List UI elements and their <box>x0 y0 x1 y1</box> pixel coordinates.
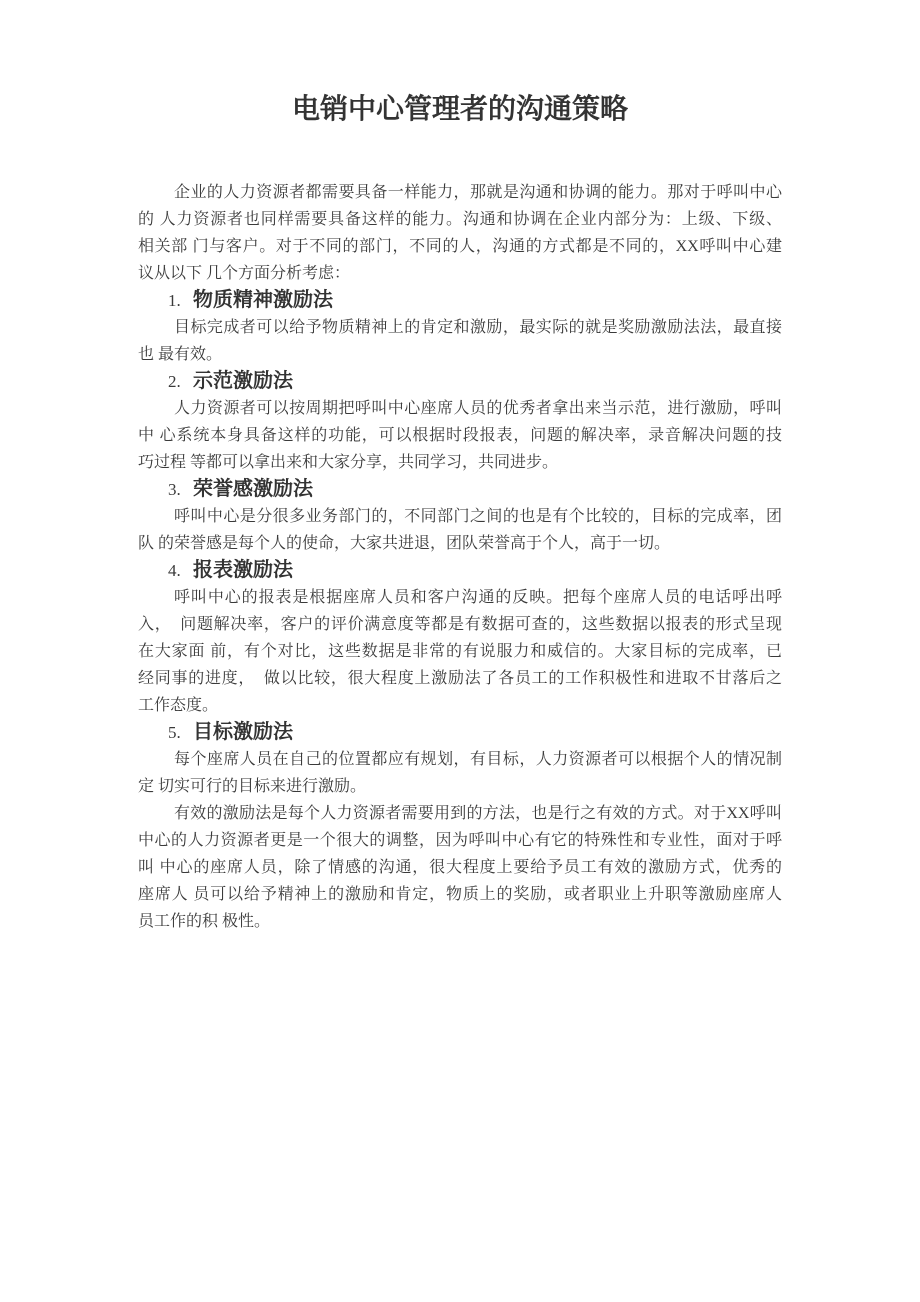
heading-text: 荣誉感激励法 <box>193 478 313 500</box>
paragraph-line: 在大家面 前，有个对比，这些数据是非常的有说服力和威信的。大家目标的完成率，已 <box>138 638 782 665</box>
heading-text: 报表激励法 <box>193 559 293 581</box>
paragraph-line: 的 人力资源者也同样需要具备这样的能力。沟通和协调在企业内部分为：上级、下级、 <box>138 206 782 233</box>
heading-number: 2. <box>168 368 193 395</box>
document-page: 电销中心管理者的沟通策略 企业的人力资源者都需要具备一样能力，那就是沟通和协调的… <box>0 0 920 1302</box>
paragraph-line: 中 心系统本身具备这样的功能，可以根据时段报表，问题的解决率，录音解决问题的技 <box>138 422 782 449</box>
paragraph-line: 巧过程 等都可以拿出来和大家分享，共同学习，共同进步。 <box>138 449 782 476</box>
paragraph-line: 呼叫中心是分很多业务部门的，不同部门之间的也是有个比较的，目标的完成率，团 <box>138 503 782 530</box>
paragraph-line: 呼叫中心的报表是根据座席人员和客户沟通的反映。把每个座席人员的电话呼出呼 <box>138 584 782 611</box>
paragraph-line: 相关部 门与客户。对于不同的部门，不同的人，沟通的方式都是不同的，XX呼叫中心建 <box>138 233 782 260</box>
section-heading: 1.物质精神激励法 <box>138 287 782 314</box>
section-heading: 3.荣誉感激励法 <box>138 476 782 503</box>
section-heading: 4.报表激励法 <box>138 557 782 584</box>
paragraph-line: 议从以下 几个方面分析考虑： <box>138 260 782 287</box>
paragraph-line: 定 切实可行的目标来进行激励。 <box>138 773 782 800</box>
document-body: 企业的人力资源者都需要具备一样能力，那就是沟通和协调的能力。那对于呼叫中心的 人… <box>138 179 782 935</box>
heading-number: 3. <box>168 476 193 503</box>
heading-text: 物质精神激励法 <box>193 289 333 311</box>
paragraph-line: 人力资源者可以按周期把呼叫中心座席人员的优秀者拿出来当示范，进行激励，呼叫 <box>138 395 782 422</box>
paragraph-line: 经同事的进度， 做以比较，很大程度上激励法了各员工的工作积极性和进取不甘落后之 <box>138 665 782 692</box>
paragraph-line: 叫 中心的座席人员，除了情感的沟通，很大程度上要给予员工有效的激励方式，优秀的 <box>138 854 782 881</box>
paragraph-line: 座席人 员可以给予精神上的激励和肯定，物质上的奖励，或者职业上升职等激励座席人 <box>138 881 782 908</box>
paragraph-line: 中心的人力资源者更是一个很大的调整，因为呼叫中心有它的特殊性和专业性，面对于呼 <box>138 827 782 854</box>
section-heading: 2.示范激励法 <box>138 368 782 395</box>
paragraph-line: 也 最有效。 <box>138 341 782 368</box>
paragraph-line: 入， 问题解决率，客户的评价满意度等都是有数据可查的，这些数据以报表的形式呈现 <box>138 611 782 638</box>
heading-number: 4. <box>168 557 193 584</box>
heading-number: 1. <box>168 287 193 314</box>
heading-text: 目标激励法 <box>193 721 293 743</box>
paragraph-line: 企业的人力资源者都需要具备一样能力，那就是沟通和协调的能力。那对于呼叫中心 <box>138 179 782 206</box>
paragraph-line: 工作态度。 <box>138 692 782 719</box>
heading-text: 示范激励法 <box>193 370 293 392</box>
section-heading: 5.目标激励法 <box>138 719 782 746</box>
paragraph-line: 目标完成者可以给予物质精神上的肯定和激励，最实际的就是奖励激励法法，最直接 <box>138 314 782 341</box>
heading-number: 5. <box>168 719 193 746</box>
paragraph-line: 员工作的积 极性。 <box>138 908 782 935</box>
paragraph-line: 每个座席人员在自己的位置都应有规划，有目标，人力资源者可以根据个人的情况制 <box>138 746 782 773</box>
document-title: 电销中心管理者的沟通策略 <box>138 91 782 127</box>
paragraph-line: 队 的荣誉感是每个人的使命，大家共进退，团队荣誉高于个人，高于一切。 <box>138 530 782 557</box>
paragraph-line: 有效的激励法是每个人力资源者需要用到的方法，也是行之有效的方式。对于XX呼叫 <box>138 800 782 827</box>
